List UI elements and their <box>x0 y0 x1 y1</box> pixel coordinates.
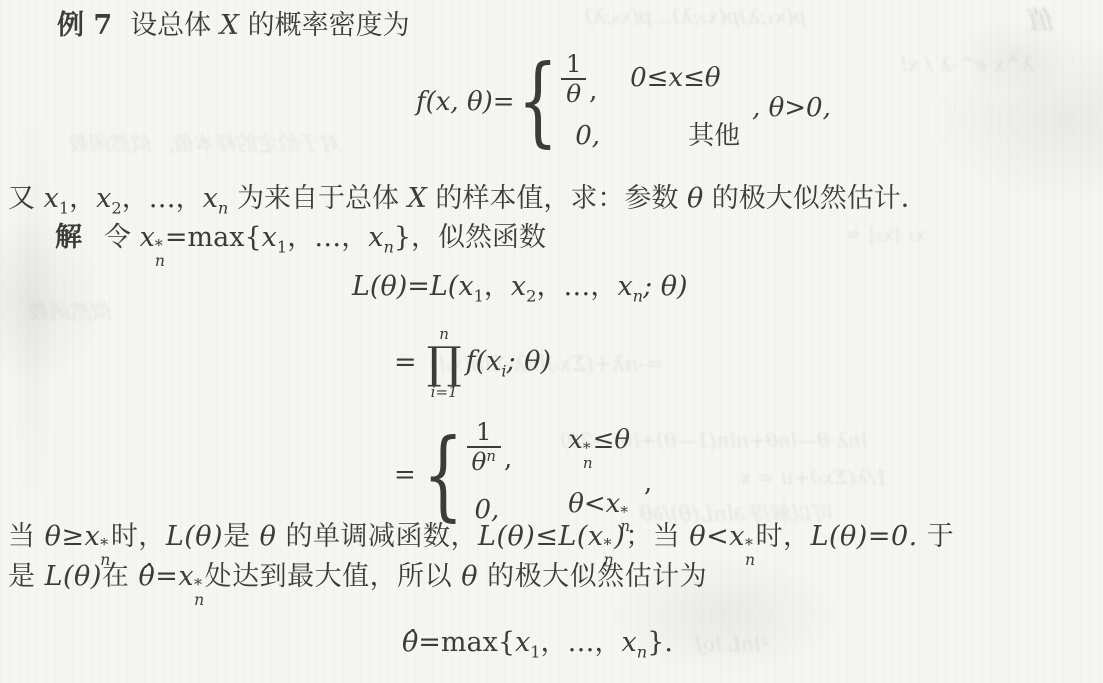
product-lower-limit: i=1 <box>431 384 458 401</box>
x-star-n: x*n <box>178 559 204 608</box>
likelihood-eq-line2: = n ∏ i=1 f(xi; θ) <box>394 326 551 401</box>
denominator: θ <box>561 78 586 107</box>
text-run: 处达到最大值，所以 <box>205 561 462 592</box>
text-run: 的单调减函数， <box>276 521 478 552</box>
math-sub: n <box>218 198 228 217</box>
solution-line: 解令 x*n=max{x1，…，xn}，似然函数 <box>55 220 546 269</box>
math-var-theta: θ <box>461 561 478 592</box>
trailing-comma: , <box>644 466 652 501</box>
x-star-n: x*n <box>729 519 755 568</box>
math-var: x <box>606 489 621 519</box>
math-sub: n <box>155 254 165 269</box>
text-run: 是 <box>8 561 45 592</box>
math-var: x <box>622 627 637 658</box>
comma: , <box>589 74 597 109</box>
likelihood-eq-line3: = { 1 θn , x*n≤θ 0, θ<x*n , <box>394 418 652 534</box>
sample-statement: 又 x1，x2，…，xn 为来自于总体 X 的样本值，求：参数 θ 的极大似然估… <box>8 181 928 219</box>
case-value: 1 θ , <box>561 50 600 107</box>
mle-result-formula: θ̂=max{x1，…，xn}. <box>402 625 673 663</box>
equals: = <box>155 561 178 592</box>
case-condition: x*n≤θ <box>568 423 630 469</box>
text-run: 是 <box>223 521 260 552</box>
solution-label: 解 <box>55 222 82 253</box>
product-operator: n ∏ i=1 <box>427 326 462 401</box>
comma: , <box>504 442 512 477</box>
math-sub: n <box>637 642 647 661</box>
theta-hat: θ̂ <box>138 561 155 592</box>
cases: 1 θn , x*n≤θ 0, θ<x*n <box>467 418 631 534</box>
density-formula: f(x, θ)= { 1 θ , 0≤x≤θ 0, 其他 , θ>0, <box>416 50 831 154</box>
math-var-X: X <box>408 183 427 214</box>
math-sub: 1 <box>530 642 540 661</box>
text-run: 的样本值，求：参数 <box>427 183 687 214</box>
bleedthrough-text: x₁ |x₂| ≈ <box>845 222 927 246</box>
math-sub: n <box>583 456 593 470</box>
equals: = <box>418 627 441 658</box>
math-run: ≤θ <box>593 425 630 455</box>
cases: 1 θ , 0≤x≤θ 0, 其他 <box>561 50 740 154</box>
bleedthrough-text: 对于给定的样本值，似然函数 <box>70 128 343 158</box>
text-run: }，似然函数 <box>394 222 546 253</box>
text-run: 的极大似然估计为 <box>478 561 707 592</box>
fraction: 1 θ <box>561 50 586 107</box>
x-star-n: x*n <box>140 220 165 269</box>
math-var: x <box>262 222 277 253</box>
math-var: x <box>178 561 194 592</box>
case-condition: 其他 <box>630 119 740 154</box>
math-sub: n <box>194 593 205 608</box>
math-var: θ <box>472 447 487 476</box>
bleedthrough-text: 1/λ(Σxᵢ)+u = x <box>740 465 888 489</box>
math-run: L(θ)=0. <box>811 521 918 552</box>
math-run: ; θ) <box>507 346 551 377</box>
math-run: ) <box>614 521 625 552</box>
max-operator: max{ <box>441 627 515 658</box>
likelihood-eq-line1: L(θ)=L(x1，x2，…，xn; θ) <box>352 269 688 307</box>
math-run: L(θ)≤L( <box>478 521 588 552</box>
case-value: 1 θn , <box>467 418 513 475</box>
ellipsis: ，…， <box>541 627 622 658</box>
numerator: 1 <box>566 50 582 77</box>
math-var: x <box>486 346 501 377</box>
math-var: x <box>568 425 583 455</box>
math-sub: n <box>633 286 643 305</box>
numerator: 1 <box>476 418 492 445</box>
max-operator: max{ <box>188 222 262 253</box>
math-var-X: X <box>220 10 239 41</box>
math-sub: 1 <box>277 237 287 256</box>
text-run: 的极大似然估计． <box>703 183 928 214</box>
math-run: }. <box>647 627 673 658</box>
text-run: 于 <box>918 521 955 552</box>
equals: = <box>165 222 188 253</box>
math-sub: 1 <box>474 286 484 305</box>
math-run: L(θ) <box>45 561 102 592</box>
math-run: θ< <box>689 521 729 552</box>
math-var: x <box>96 183 111 214</box>
math-var: x <box>515 627 530 658</box>
math-var: x <box>44 183 59 214</box>
math-run: θ< <box>568 489 605 519</box>
math-run: f(xi; θ) <box>466 344 551 382</box>
example-heading-line: 例 7设总体 X 的概率密度为 <box>57 8 410 44</box>
text-run: ；当 <box>625 521 689 552</box>
textbook-page: 值 p(x₁;λ)p(x₂;λ)…p(xₙ;λ) λ^x e^-λ / x! x… <box>0 0 1103 683</box>
math-var: x <box>511 271 526 302</box>
math-var: x <box>203 183 218 214</box>
analysis-paragraph-line2: 是 L(θ)在 θ̂=x*n处达到最大值，所以 θ 的极大似然估计为 <box>8 559 707 608</box>
bleedthrough-text: p(x₁;λ)p(x₂;λ)…p(xₙ;λ) <box>585 4 806 28</box>
math-run: ; θ) <box>643 271 687 302</box>
math-sub: n <box>383 237 393 256</box>
text-run: 在 <box>102 561 139 592</box>
math-sub: 2 <box>526 286 536 305</box>
bleedthrough-text: λ^x e^-λ / x! <box>900 52 1034 76</box>
text-run: 令 <box>104 222 140 253</box>
text-run: 时， <box>111 521 166 552</box>
theta-positive-note: , θ>0, <box>752 91 831 126</box>
intro-text: 设总体 <box>130 10 220 41</box>
text-run: 又 <box>8 183 44 214</box>
math-var-theta: θ <box>687 183 703 214</box>
math-var: x <box>458 271 473 302</box>
ellipsis: ，…， <box>287 222 368 253</box>
bleedthrough-text: 似然函数 <box>30 296 114 326</box>
math-run: θ≥ <box>45 521 85 552</box>
case-condition: 0≤x≤θ <box>630 61 740 96</box>
theta-hat: θ̂ <box>402 627 418 658</box>
math-var: x <box>617 271 632 302</box>
equals: = <box>394 345 417 381</box>
comma: ， <box>69 183 96 214</box>
math-var: x <box>368 222 383 253</box>
math-var: x <box>84 521 100 552</box>
case-brace: { <box>518 54 559 151</box>
math-sup: n <box>486 448 496 465</box>
math-sub: n <box>745 553 756 568</box>
case-value: 0, <box>561 119 600 154</box>
math-var: x <box>140 222 155 253</box>
ellipsis: ，…， <box>536 271 617 302</box>
comma: ， <box>484 271 511 302</box>
equals: = <box>394 458 416 493</box>
math-var: x <box>729 521 745 552</box>
formula-lhs: f(x, θ)= <box>416 85 515 120</box>
text-run: 为来自于总体 <box>228 183 407 214</box>
product-symbol: ∏ <box>427 343 462 385</box>
math-var: x <box>588 521 604 552</box>
math-run: L(θ) <box>166 521 223 552</box>
bleedthrough-text: ²lnL loJ <box>695 632 768 656</box>
example-label: 例 7 <box>57 10 112 41</box>
fraction: 1 θn <box>467 418 501 475</box>
math-sub: 2 <box>111 198 121 217</box>
text-run: 当 <box>8 521 45 552</box>
bleedthrough-text: 值 <box>1030 0 1056 37</box>
x-star-n: x*n <box>568 423 592 469</box>
intro-text: 的概率密度为 <box>239 10 410 41</box>
denominator: θn <box>467 446 501 475</box>
math-var-theta: θ <box>260 521 277 552</box>
math-sub: 1 <box>59 198 69 217</box>
math-run: L(θ)=L( <box>352 271 458 302</box>
ellipsis: ，…， <box>122 183 203 214</box>
text-run: 时， <box>756 521 811 552</box>
math-run: f( <box>466 346 487 377</box>
case-brace: { <box>423 427 464 524</box>
